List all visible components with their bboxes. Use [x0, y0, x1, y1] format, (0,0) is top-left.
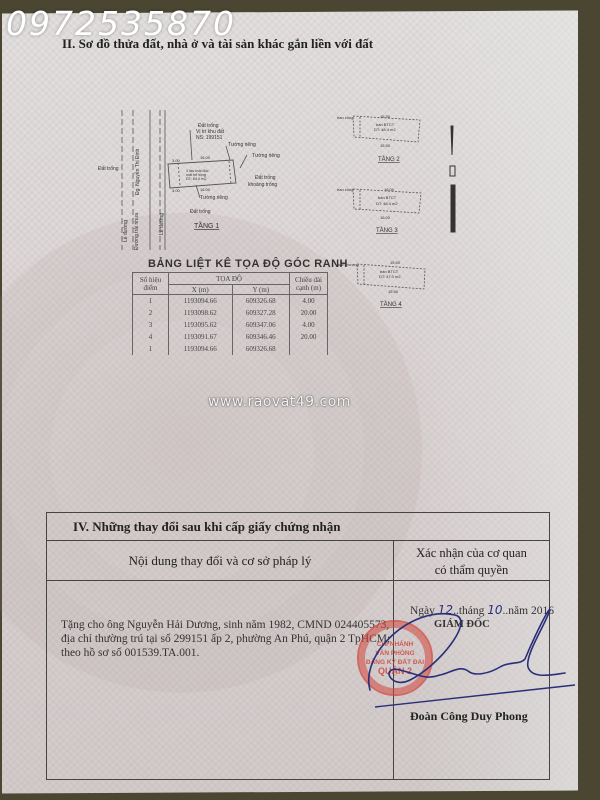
- svg-text:ban công: ban công: [337, 187, 353, 192]
- label-empty-land-bottom: Đất trống: [190, 209, 211, 215]
- cell-point: 4: [133, 331, 169, 343]
- svg-text:Lề đường: Lề đường: [123, 220, 129, 242]
- cell-x: 1193094.66: [169, 343, 233, 355]
- floor3-labels: ban công 16.00 bán BTCT DT: 48.4 m2 16.0…: [337, 187, 398, 234]
- cell-length: 20.00: [290, 307, 328, 319]
- change-entry-text: Tặng cho ông Nguyễn Hải Dương, sinh năm …: [47, 581, 394, 779]
- label-plot-number: NS: 199151: [196, 135, 223, 141]
- floor2-labels: ban công 15.50 bán BTCT DT: 48.4 m2 15.5…: [337, 114, 400, 163]
- cell-y: 609327.28: [232, 307, 289, 319]
- table-row: 21193098.62609327.2820.00: [133, 307, 328, 319]
- label-empty-land-right: Đất trống: [255, 175, 276, 181]
- cell-length: 4.00: [290, 295, 328, 308]
- header-x: X (m): [169, 285, 233, 295]
- label-empty-space: khoảng trống: [248, 182, 277, 188]
- label-private-wall-top: Tường riêng: [228, 142, 256, 148]
- cell-point: 3: [133, 319, 169, 331]
- header-edge-length: Chiều dài cạnh (m): [290, 273, 328, 295]
- label-private-wall-bottom: Tường riêng: [200, 195, 228, 201]
- watermark-text: www.raovat49.com: [208, 394, 351, 410]
- cell-length: [290, 343, 328, 355]
- confirm-header-line1: Xác nhận của cơ quan: [394, 545, 549, 562]
- svg-text:Lề đường: Lề đường: [159, 213, 165, 235]
- svg-text:Đường trải nhựa: Đường trải nhựa: [134, 213, 140, 250]
- table-row: 31193095.62609347.064.00: [133, 319, 328, 331]
- label-empty-land-left: Đất trống: [98, 166, 119, 172]
- svg-text:DT: 47.0 m2: DT: 47.0 m2: [379, 274, 401, 279]
- svg-text:15.50: 15.50: [380, 143, 391, 148]
- cell-y: 609326.68: [232, 343, 289, 355]
- svg-text:16.00: 16.00: [384, 187, 395, 192]
- cell-x: 1193098.62: [169, 307, 233, 319]
- label-house-area: DT: 64.0 m2: [186, 177, 206, 181]
- cell-point: 2: [133, 307, 169, 319]
- cell-x: 1193094.66: [169, 295, 233, 308]
- svg-text:15.50: 15.50: [380, 114, 391, 119]
- svg-text:15.50: 15.50: [388, 289, 399, 294]
- coordinate-table: Số hiệu điểm TỌA ĐỘ Chiều dài cạnh (m) X…: [132, 272, 328, 355]
- north-arrow-icon: [450, 126, 455, 232]
- cell-x: 1193095.62: [169, 319, 233, 331]
- floor4-caption: TẦNG 4: [380, 301, 402, 308]
- svg-text:Đg. Nguyễn Thị Định: Đg. Nguyễn Thị Định: [134, 148, 141, 195]
- table-row: 11193094.66609326.68: [133, 343, 328, 355]
- svg-text:3.00: 3.00: [172, 188, 181, 193]
- floor1-caption: TẦNG 1: [194, 220, 219, 230]
- cell-y: 609326.68: [232, 295, 289, 308]
- cell-length: 20.00: [290, 331, 328, 343]
- floor2-caption: TẦNG 2: [378, 156, 400, 163]
- confirm-header-line2: có thẩm quyền: [394, 562, 549, 579]
- svg-text:16.00: 16.00: [200, 155, 211, 160]
- cell-y: 609346.46: [232, 331, 289, 343]
- table-row: 41193091.67609346.4620.00: [133, 331, 328, 343]
- cell-length: 4.00: [290, 319, 328, 331]
- cell-point: 1: [133, 295, 169, 308]
- svg-text:15.50: 15.50: [390, 260, 401, 265]
- coordinate-table-title: BẢNG LIỆT KÊ TỌA ĐỘ GÓC RANH: [148, 258, 348, 270]
- section-4-title: IV. Những thay đổi sau khi cấp giấy chứn…: [47, 513, 549, 541]
- column-header-confirmation: Xác nhận của cơ quan có thẩm quyền: [394, 541, 549, 580]
- floor3-caption: TẦNG 3: [376, 227, 398, 234]
- svg-text:16.00: 16.00: [380, 215, 391, 220]
- label-private-wall-right: Tường riêng: [252, 153, 280, 159]
- svg-text:3.00: 3.00: [172, 158, 181, 163]
- cell-point: 1: [133, 343, 169, 355]
- svg-text:ban công: ban công: [337, 115, 353, 120]
- cell-y: 609347.06: [232, 319, 289, 331]
- svg-text:16.00: 16.00: [200, 187, 211, 192]
- phone-number-overlay: 0972535870: [6, 4, 236, 43]
- signature-icon: [350, 595, 580, 725]
- header-y: Y (m): [232, 285, 289, 295]
- cell-x: 1193091.67: [169, 331, 233, 343]
- svg-text:DT: 48.4 m2: DT: 48.4 m2: [374, 127, 396, 132]
- header-coordinates: TỌA ĐỘ: [169, 273, 290, 285]
- column-header-content: Nội dung thay đổi và cơ sở pháp lý: [47, 541, 394, 580]
- header-point-id: Số hiệu điểm: [133, 273, 169, 295]
- svg-text:DT: 48.4 m2: DT: 48.4 m2: [376, 201, 398, 206]
- svg-text:bán BTCT: bán BTCT: [378, 195, 397, 200]
- table-row: 11193094.66609326.684.00: [133, 295, 328, 308]
